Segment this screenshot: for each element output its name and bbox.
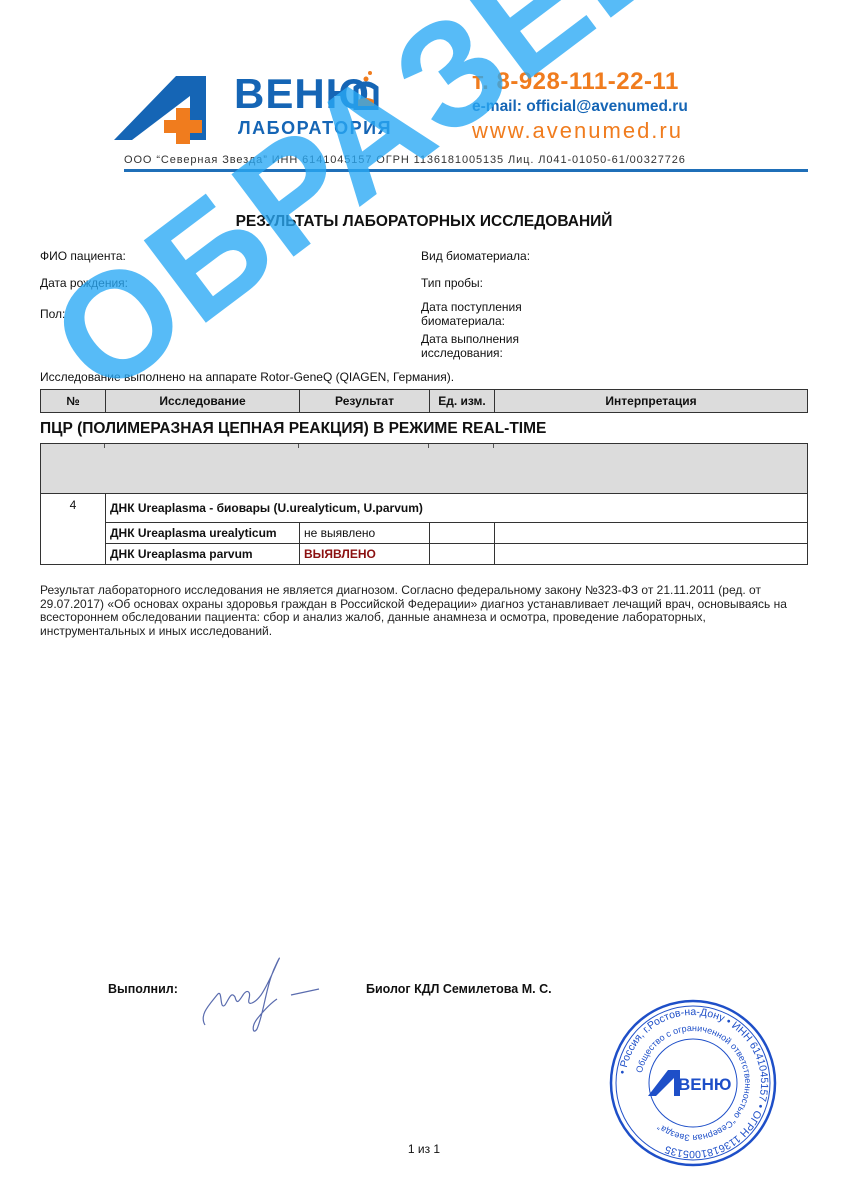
execution-date-label: Дата выполнения исследования: (421, 332, 541, 360)
group-name: ДНК Ureaplasma - биовары (U.urealyticum,… (106, 494, 808, 523)
performed-by-label: Выполнил: (108, 982, 178, 996)
phone-number: т. 8-928-111-22-11 (472, 68, 772, 96)
company-details: ООО “Северная Звезда” ИНН 6141045157 ОГР… (124, 154, 686, 166)
col-number: № (41, 390, 106, 413)
signature-image (195, 955, 325, 1035)
page-number: 1 из 1 (0, 1142, 848, 1156)
header-divider (124, 169, 808, 172)
results-table: 4 ДНК Ureaplasma - биовары (U.urealyticu… (40, 493, 808, 565)
equipment-note: Исследование выполнено на аппарате Rotor… (40, 370, 454, 384)
contacts-block: т. 8-928-111-22-11 e-mail: official@aven… (472, 68, 772, 144)
sample-type-label: Тип пробы: (421, 276, 483, 290)
col-interpretation: Интерпретация (495, 390, 808, 413)
performer-name: Биолог КДЛ Семилетова М. С. (366, 982, 552, 996)
patient-name-label: ФИО пациента: (40, 249, 126, 263)
test-name: ДНК Ureaplasma urealyticum (106, 523, 300, 544)
biomaterial-type-label: Вид биоматериала: (421, 249, 530, 263)
logo-subtitle: ЛАБОРАТОРИЯ (238, 118, 392, 139)
receipt-date-label: Дата поступления биоматериала: (421, 300, 541, 328)
test-name: ДНК Ureaplasma parvum (106, 544, 300, 565)
page-title: РЕЗУЛЬТАТЫ ЛАБОРАТОРНЫХ ИССЛЕДОВАНИЙ (0, 213, 848, 231)
legal-disclaimer: Результат лабораторного исследования не … (40, 584, 810, 638)
col-test: Исследование (106, 390, 300, 413)
svg-text:ВЕНЮ: ВЕНЮ (678, 1075, 731, 1094)
results-table-header: № Исследование Результат Ед. изм. Интерп… (40, 389, 808, 413)
col-unit: Ед. изм. (430, 390, 495, 413)
table-row: 4 ДНК Ureaplasma - биовары (U.urealyticu… (41, 494, 808, 523)
test-result-detected: ВЫЯВЛЕНО (300, 544, 430, 565)
group-number: 4 (41, 494, 106, 565)
sex-label: Пол: (40, 307, 65, 321)
flask-icon (346, 70, 386, 110)
logo-mark-icon (114, 62, 244, 144)
table-row: ДНК Ureaplasma parvum ВЫЯВЛЕНО (41, 544, 808, 565)
col-result: Результат (300, 390, 430, 413)
section-spacer-row (40, 443, 808, 493)
birth-date-label: Дата рождения: (40, 276, 128, 290)
lab-logo: ВЕНЮ ЛАБОРАТОРИЯ (114, 62, 444, 144)
test-unit (430, 523, 495, 544)
website: www.avenumed.ru (472, 118, 772, 144)
test-interpretation (495, 544, 808, 565)
table-row: ДНК Ureaplasma urealyticum не выявлено (41, 523, 808, 544)
email-address: e-mail: official@avenumed.ru (472, 97, 772, 117)
section-title: ПЦР (ПОЛИМЕРАЗНАЯ ЦЕПНАЯ РЕАКЦИЯ) В РЕЖИ… (40, 420, 546, 438)
test-unit (430, 544, 495, 565)
test-result: не выявлено (300, 523, 430, 544)
test-interpretation (495, 523, 808, 544)
